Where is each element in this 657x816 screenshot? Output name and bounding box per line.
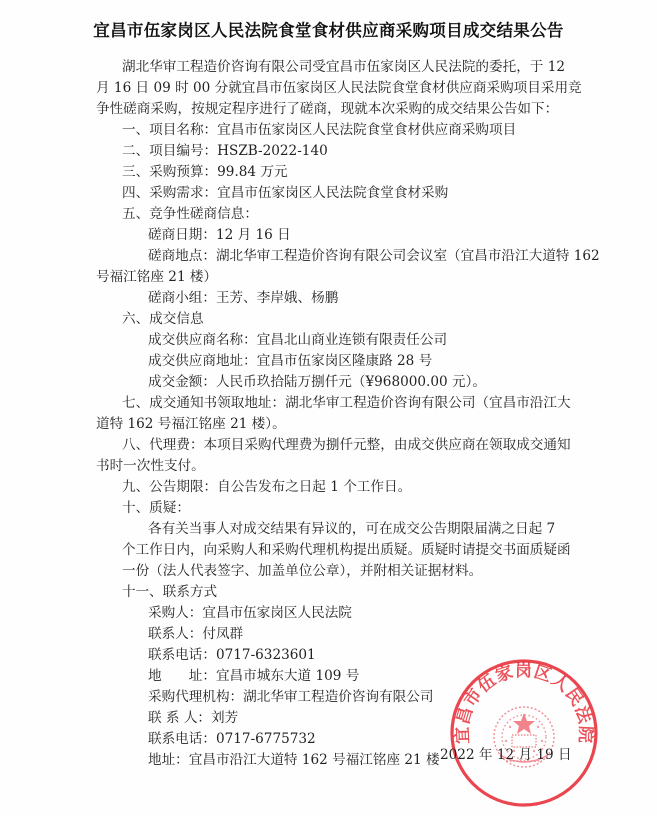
deal-header: 六、成交信息: [122, 311, 204, 327]
negotiation-date: 磋商日期：12 月 16 日: [148, 227, 291, 243]
agency-fee-line-2: 书时一次性支付。: [96, 458, 205, 474]
intro-line-3: 争性磋商采购，按规定程序进行了磋商，现就本次采购的成交结果公告如下：: [96, 101, 558, 117]
notice-address-line-2: 道特 162 号福江铭座 21 楼）。: [96, 416, 286, 432]
page-title: 宜昌市伍家岗区人民法院食堂食材供应商采购项目成交结果公告: [0, 17, 657, 41]
negotiation-team: 磋商小组：王芳、李岸娥、杨鹏: [148, 290, 338, 306]
agency-address: 地址：宜昌市沿江大道特 162 号福江铭座 21 楼: [148, 752, 440, 768]
official-seal-icon: 宜昌市伍家岗区人民法院: [448, 657, 600, 809]
purchaser: 采购人：宜昌市伍家岗区人民法院: [148, 605, 352, 621]
purchaser-address: 地 址：宜昌市城东大道 109 号: [148, 668, 359, 684]
project-name: 一、项目名称：宜昌市伍家岗区人民法院食堂食材供应商采购项目: [122, 122, 516, 138]
negotiation-place-line-2: 号福江铭座 21 楼）: [96, 269, 217, 285]
intro-line-1: 湖北华审工程造价咨询有限公司受宜昌市伍家岗区人民法院的委托，于 12: [122, 59, 565, 75]
announcement-date: 2022 年 12 月 19 日: [440, 743, 572, 763]
deal-amount: 成交金额：人民币玖拾陆万捌仟元（¥968000.00 元）。: [148, 374, 486, 390]
purchaser-phone: 联系电话：0717-6323601: [148, 647, 316, 663]
requirement: 四、采购需求：宜昌市伍家岗区人民法院食堂食材采购: [122, 185, 448, 201]
budget: 三、采购预算：99.84 万元: [122, 164, 288, 180]
document-page: 宜昌市伍家岗区人民法院食堂食材供应商采购项目成交结果公告 湖北华审工程造价咨询有…: [0, 0, 657, 816]
query-line-3: 一份（法人代表签字、加盖单位公章），并附相关证据材料。: [122, 563, 482, 579]
negotiation-place-line-1: 磋商地点：湖北华审工程造价咨询有限公司会议室（宜昌市沿江大道特 162: [148, 248, 600, 264]
intro-line-2: 月 16 日 09 时 00 分就宜昌市伍家岗区人民法院食堂食材供应商采购项目采…: [96, 80, 558, 96]
notice-address-line-1: 七、成交通知书领取地址：湖北华审工程造价咨询有限公司（宜昌市沿江大: [122, 395, 571, 411]
svg-text:宜昌市伍家岗区人民法院: 宜昌市伍家岗区人民法院: [452, 660, 597, 744]
supplier-address: 成交供应商地址：宜昌市伍家岗区隆康路 28 号: [148, 353, 432, 369]
agency-phone: 联系电话：0717-6775732: [148, 731, 316, 747]
project-number: 二、项目编号：HSZB-2022-140: [122, 143, 328, 159]
negotiation-header: 五、竞争性磋商信息：: [122, 206, 258, 222]
query-line-2: 个工作日内，向采购人和采购代理机构提出质疑。质疑时请提交书面质疑函: [122, 542, 571, 558]
query-line-1: 各有关当事人对成交结果有异议的，可在成交公告期限届满之日起 7: [148, 521, 555, 537]
contact-header: 十一、联系方式: [122, 584, 217, 600]
query-header: 十、质疑：: [122, 500, 190, 516]
agency-fee-line-1: 八、代理费：本项目采购代理费为捌仟元整，由成交供应商在领取成交通知: [122, 437, 571, 453]
agency-contact: 联 系 人：刘芳: [148, 710, 238, 726]
supplier-name: 成交供应商名称：宜昌北山商业连锁有限责任公司: [148, 332, 447, 348]
announcement-period: 九、公告期限：自公告发布之日起 1 个工作日。: [122, 479, 411, 495]
agency: 采购代理机构：湖北华审工程造价咨询有限公司: [148, 689, 433, 705]
purchaser-contact: 联系人：付凤群: [148, 626, 243, 642]
seal-text: 宜昌市伍家岗区人民法院: [452, 660, 597, 744]
